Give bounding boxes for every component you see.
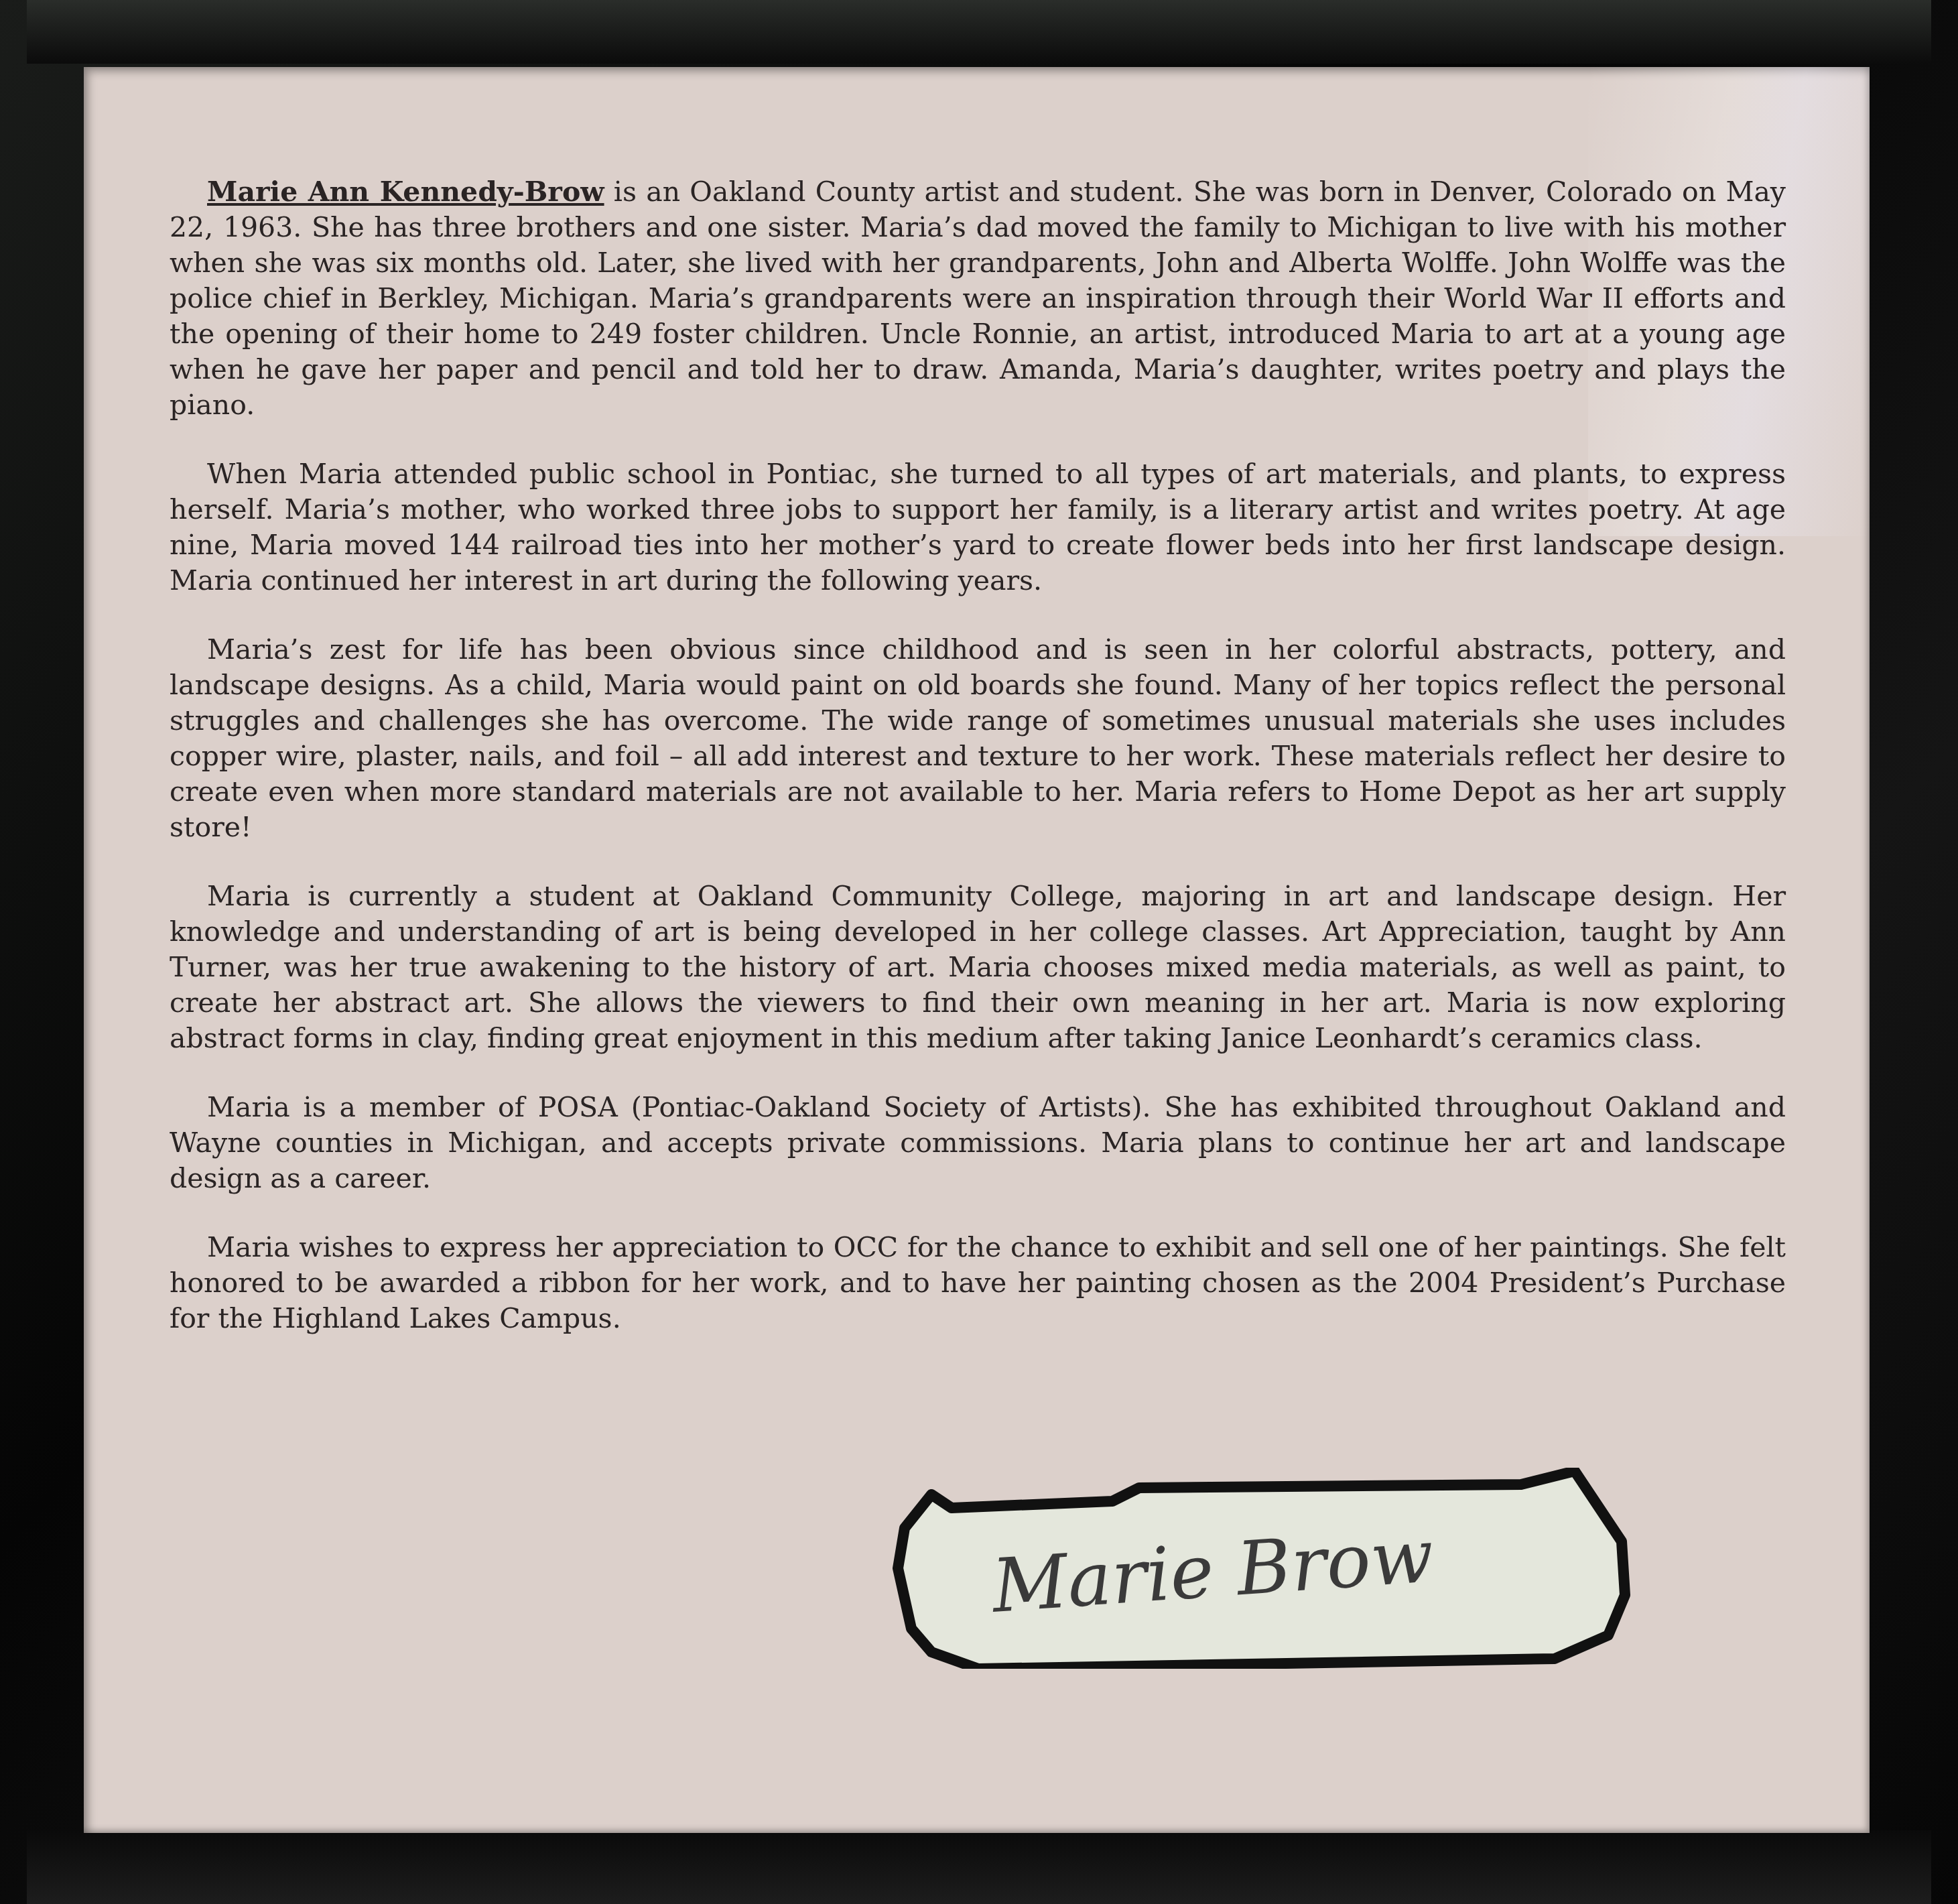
paragraph-1: Marie Ann Kennedy-Brow is an Oakland Cou… [170,174,1786,423]
paragraph-4: Maria is currently a student at Oakland … [170,879,1786,1056]
paragraph-2: When Maria attended public school in Pon… [170,456,1786,598]
document-page: Marie Ann Kennedy-Brow is an Oakland Cou… [84,67,1870,1833]
frame-top-bevel [27,0,1931,64]
frame-bottom-bevel [27,1830,1931,1904]
signature-card: Marie Brow [891,1468,1662,1669]
paragraph-6: Maria wishes to express her appreciation… [170,1230,1786,1336]
paragraph-3: Maria’s zest for life has been obvious s… [170,632,1786,845]
paragraph-5: Maria is a member of POSA (Pontiac-Oakla… [170,1090,1786,1196]
biography-text: Marie Ann Kennedy-Brow is an Oakland Cou… [170,174,1786,1370]
picture-frame: Marie Ann Kennedy-Brow is an Oakland Cou… [0,0,1958,1904]
subject-name: Marie Ann Kennedy-Brow [207,176,604,208]
